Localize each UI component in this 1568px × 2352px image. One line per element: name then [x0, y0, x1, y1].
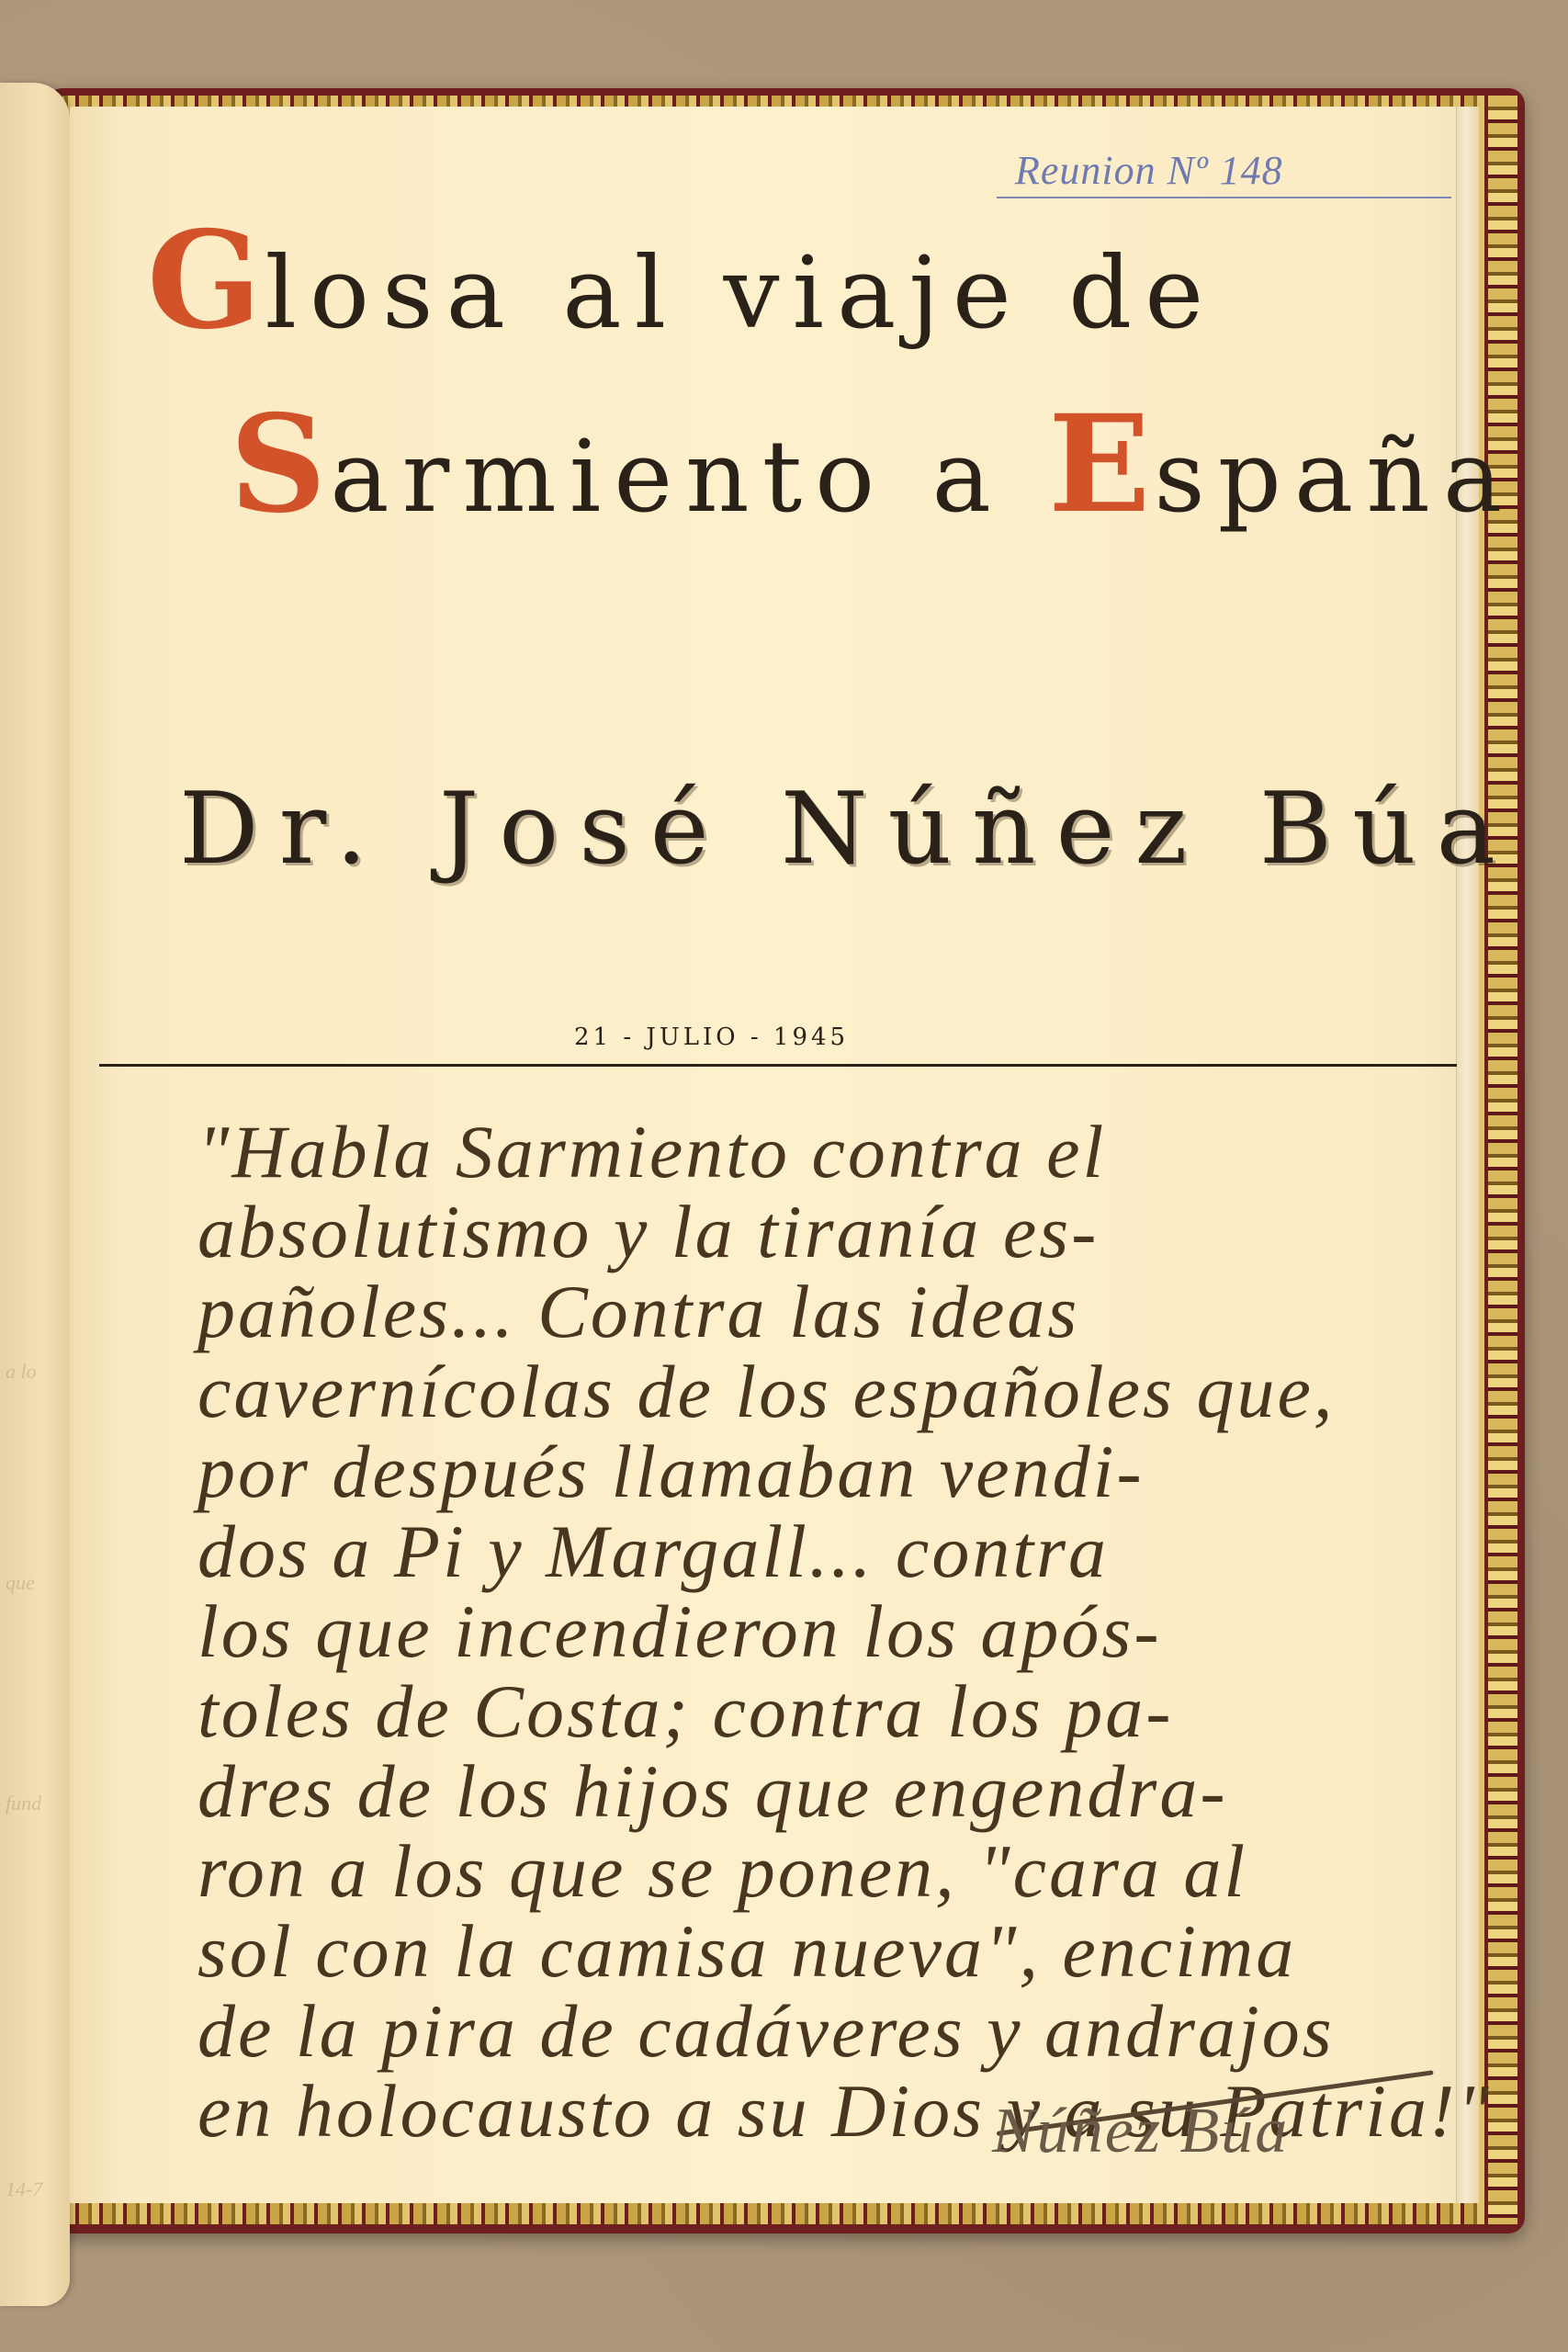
meeting-annotation: Reunion Nº 148: [1015, 147, 1283, 194]
body-line: los que incendieron los após-: [197, 1591, 1447, 1671]
body-line: toles de Costa; contra los pa-: [197, 1671, 1447, 1751]
body-line: "Habla Sarmiento contra el: [197, 1112, 1447, 1192]
body-line: dres de los hijos que engendra-: [197, 1751, 1447, 1831]
body-line: ron a los que se ponen, "cara al: [197, 1831, 1447, 1911]
signature: Núñez Búa: [992, 2095, 1289, 2168]
left-page: a lo que fund 14-7: [0, 83, 70, 2306]
body-line: por después llamaban vendi-: [197, 1431, 1447, 1511]
bleed-through-text: 14-7: [6, 2177, 42, 2201]
illuminated-initial: G: [147, 202, 265, 359]
body-line: de la pira de cadáveres y andrajos: [197, 1991, 1447, 2071]
handwritten-body: "Habla Sarmiento contra el absolutismo y…: [197, 1112, 1447, 2151]
document-date: 21 - JULIO - 1945: [574, 1023, 849, 1051]
author-name: Dr. José Núñez Búa: [179, 772, 1516, 887]
title-text: losa al viaje de: [265, 236, 1217, 351]
annotation-underline: [997, 197, 1451, 198]
horizontal-rule: [99, 1064, 1457, 1067]
title-text: spaña: [1154, 420, 1515, 535]
bleed-through-text: fund: [6, 1792, 41, 1815]
bleed-through-text: a lo: [6, 1360, 37, 1384]
body-line: cavernícolas de los españoles que,: [197, 1351, 1447, 1431]
body-line: sol con la camisa nueva", encima: [197, 1911, 1447, 1991]
bleed-through-text: que: [6, 1571, 35, 1595]
body-line: absolutismo y la tiranía es-: [197, 1192, 1447, 1272]
illuminated-initial: S: [230, 386, 330, 543]
body-line: pañoles... Contra las ideas: [197, 1272, 1447, 1351]
title-text: armiento a: [330, 420, 1048, 535]
title-line-1: Glosa al viaje de: [147, 202, 1216, 359]
body-line: dos a Pi y Margall... contra: [197, 1511, 1447, 1591]
title-line-2: Sarmiento a España: [230, 386, 1515, 543]
illuminated-initial: E: [1048, 386, 1154, 543]
